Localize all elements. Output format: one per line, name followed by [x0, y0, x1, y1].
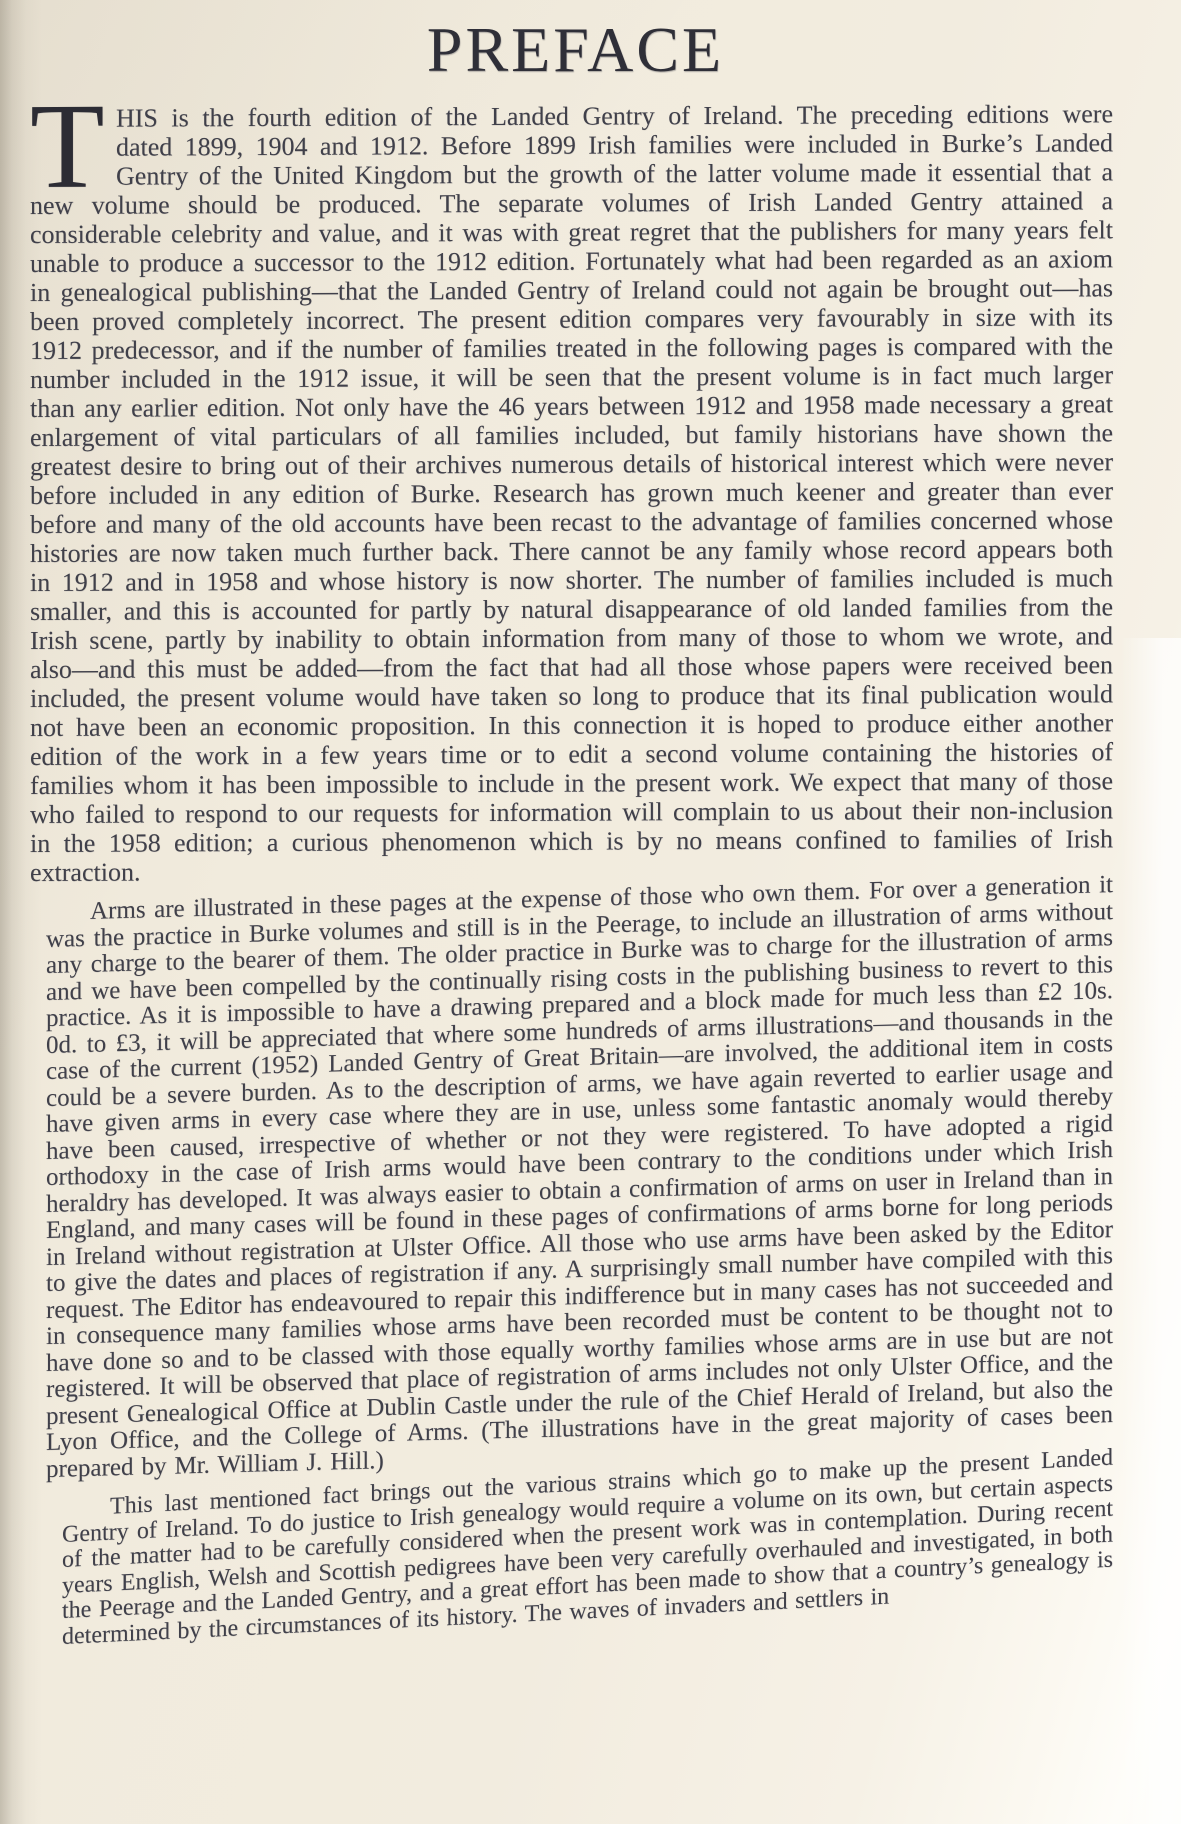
preface-body: THIS is the fourth edition of the Landed… [0, 104, 1181, 1650]
paragraph-2: Arms are illustrated in these pages at t… [46, 872, 1113, 1483]
paragraph-1-text: HIS is the fourth edition of the Landed … [30, 99, 1113, 887]
page-title: PREFACE [0, 12, 1151, 88]
book-page: PREFACE THIS is the fourth edition of th… [0, 0, 1181, 1824]
paragraph-1: THIS is the fourth edition of the Landed… [30, 99, 1113, 887]
drop-cap-letter: T [30, 104, 106, 190]
